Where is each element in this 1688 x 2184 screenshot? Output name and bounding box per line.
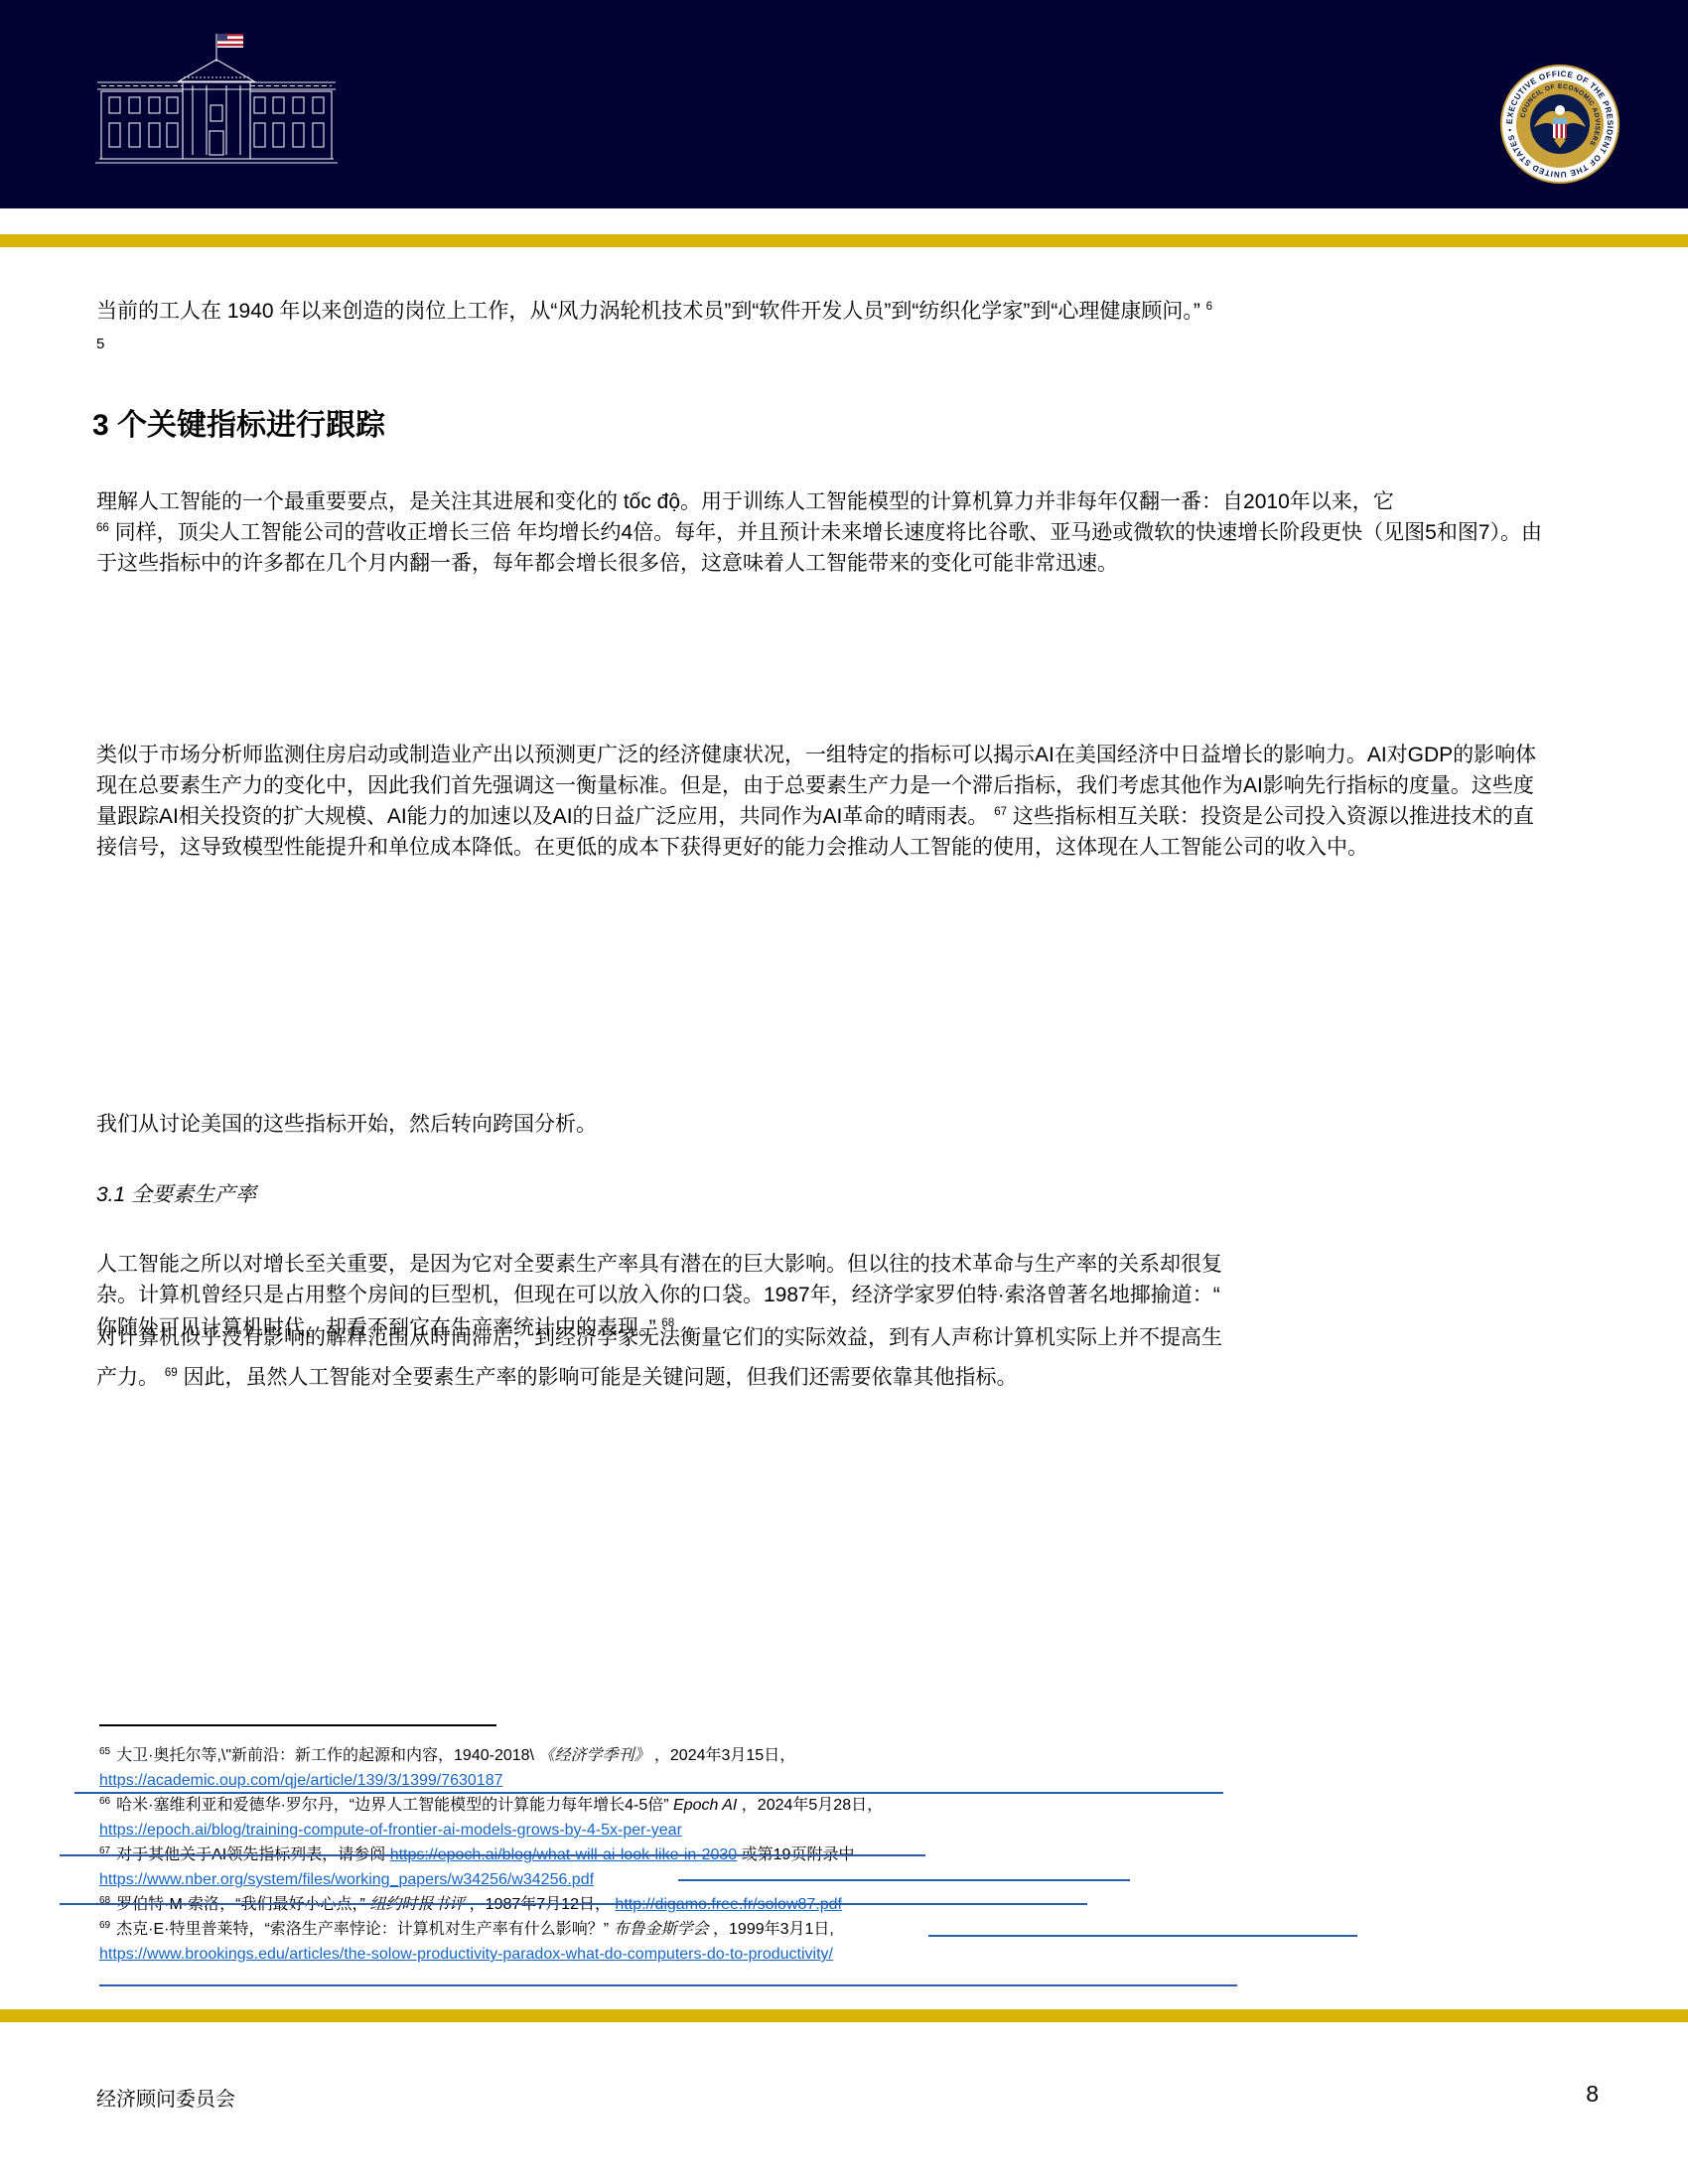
white-house-icon bbox=[87, 26, 346, 175]
gold-rule-top bbox=[0, 234, 1688, 247]
footnote-69: 69杰克·E·特里普莱特，“索洛生产率悖论：计算机对生产率有什么影响？” 布鲁金… bbox=[99, 1917, 1559, 1967]
text-run: 同样，顶尖人工智能公司的营收正增长三倍 年均增长约4倍。每年，并且预计未来增长速… bbox=[96, 521, 1542, 575]
footnote-text: 对于其他关于AI领先指标列表，请参阅 https://epoch.ai/blog… bbox=[99, 1846, 854, 1888]
artifact-line bbox=[60, 1854, 925, 1856]
hyperlink[interactable]: https://www.brookings.edu/articles/the-s… bbox=[99, 1946, 833, 1963]
text-run: ，1999年3月1日, bbox=[709, 1921, 834, 1938]
text-line: 产力。 69 因此，虽然人工智能对全要素生产率的影响可能是关键问题，但我们还需要… bbox=[96, 1362, 1546, 1393]
subsection-heading-tfp: 3.1 全要素生产率 bbox=[96, 1181, 256, 1209]
footnote-66: 66哈米·塞维利亚和爱德华·罗尔丹，“边界人工智能模型的计算能力每年增长4-5倍… bbox=[99, 1793, 1559, 1843]
text-run: 布鲁金斯学会 bbox=[614, 1921, 709, 1938]
footnote-separator-rule bbox=[99, 1724, 496, 1726]
section-heading: 3 个关键指标进行跟踪 bbox=[92, 407, 385, 445]
footnote-text: 哈米·塞维利亚和爱德华·罗尔丹，“边界人工智能模型的计算能力每年增长4-5倍” … bbox=[99, 1797, 883, 1839]
text-run: ，2024年5月28日， bbox=[737, 1797, 883, 1814]
hyperlink[interactable]: https://www.nber.org/system/files/workin… bbox=[99, 1871, 594, 1888]
page-number: 8 bbox=[1549, 2079, 1599, 2109]
paragraph-transition: 我们从讨论美国的这些指标开始，然后转向跨国分析。 bbox=[96, 1109, 1546, 1140]
text-line-overlap-bottom: 对计算机似乎没有影响的解释范围从时间滞后，到经济学家无法衡量它们的实际效益，到有… bbox=[96, 1322, 1222, 1353]
paragraph-indicators: 类似于市场分析师监测住房启动或制造业产出以预测更广泛的经济健康状况，一组特定的指… bbox=[96, 740, 1546, 863]
footnote-number: 66 bbox=[99, 1796, 110, 1807]
text-run: 当前的工人在 1940 年以来创造的岗位上工作，从“风力涡轮机技术员”到“软件开… bbox=[96, 300, 1206, 323]
text-run: ，2024年3月15日， bbox=[649, 1747, 795, 1764]
footnote-text: 杰克·E·特里普莱特，“索洛生产率悖论：计算机对生产率有什么影响？” 布鲁金斯学… bbox=[99, 1921, 834, 1963]
text-run: Epoch AI bbox=[673, 1797, 737, 1814]
footnote-65: 65大卫·奥托尔等,\"新前沿：新工作的起源和内容，1940-2018\ 《经济… bbox=[99, 1743, 1559, 1793]
text-run: 产力。 bbox=[96, 1366, 165, 1389]
hyperlink[interactable]: https://academic.oup.com/qje/article/139… bbox=[99, 1772, 503, 1789]
artifact-line bbox=[74, 1792, 1223, 1794]
text-run: 5 bbox=[96, 336, 104, 352]
footnote-number: 65 bbox=[99, 1746, 110, 1757]
text-line: 杂。计算机曾经只是占用整个房间的巨型机，但现在可以放入你的口袋。1987年，经济… bbox=[96, 1280, 1546, 1310]
text-run: 杰克·E·特里普莱特，“索洛生产率悖论：计算机对生产率有什么影响？” bbox=[116, 1921, 613, 1938]
document-page: { "colors": { "header_navy": "#030235", … bbox=[0, 0, 1688, 2184]
hyperlink[interactable]: https://epoch.ai/blog/training-compute-o… bbox=[99, 1822, 682, 1839]
text-run: 大卫·奥托尔等,\"新前沿：新工作的起源和内容，1940-2018\ bbox=[116, 1747, 538, 1764]
footnote-marker: 66 bbox=[96, 522, 109, 534]
paragraph-jobs-1940: 当前的工人在 1940 年以来创造的岗位上工作，从“风力涡轮机技术员”到“软件开… bbox=[96, 296, 1546, 359]
artifact-line bbox=[60, 1903, 1087, 1905]
cea-seal-icon: EXECUTIVE OFFICE OF THE PRESIDENT OF THE… bbox=[1499, 64, 1620, 185]
artifact-line bbox=[678, 1879, 1130, 1881]
footnote-marker: 67 bbox=[994, 806, 1007, 818]
gold-rule-bottom bbox=[0, 2009, 1688, 2022]
footnote-marker: 69 bbox=[165, 1367, 178, 1379]
overlapping-text-artifact: 你随处可见计算机时代，却看不到它在生产率统计中的表现。” 68 对计算机似乎没有… bbox=[96, 1310, 1546, 1362]
text-run: 理解人工智能的一个最重要要点，是关注其进展和变化的 tốc độ。用于训练人工智… bbox=[96, 490, 1394, 513]
page-header-band: EXECUTIVE OFFICE OF THE PRESIDENT OF THE… bbox=[0, 0, 1688, 208]
paragraph-compute-growth: 理解人工智能的一个最重要要点，是关注其进展和变化的 tốc độ。用于训练人工智… bbox=[96, 486, 1546, 579]
artifact-line bbox=[99, 1984, 1237, 1986]
text-run: 哈米·塞维利亚和爱德华·罗尔丹，“边界人工智能模型的计算能力每年增长4-5倍” bbox=[116, 1797, 673, 1814]
artifact-line bbox=[928, 1935, 1357, 1937]
footnote-marker: 6 bbox=[1206, 301, 1212, 313]
footnote-number: 69 bbox=[99, 1920, 110, 1931]
footnote-67: 67对于其他关于AI领先指标列表，请参阅 https://epoch.ai/bl… bbox=[99, 1843, 1559, 1892]
text-line: 人工智能之所以对增长至关重要，是因为它对全要素生产率具有潜在的巨大影响。但以往的… bbox=[96, 1249, 1546, 1280]
footnote-text: 大卫·奥托尔等,\"新前沿：新工作的起源和内容，1940-2018\ 《经济学季… bbox=[99, 1747, 795, 1789]
text-run: 因此，虽然人工智能对全要素生产率的影响可能是关键问题，但我们还需要依靠其他指标。 bbox=[178, 1366, 1018, 1389]
text-run: 《经济学季刊》 bbox=[538, 1747, 649, 1764]
footer-organization: 经济顾问委员会 bbox=[96, 2087, 235, 2113]
paragraph-solow-paradox: 人工智能之所以对增长至关重要，是因为它对全要素生产率具有潜在的巨大影响。但以往的… bbox=[96, 1249, 1546, 1393]
us-flag-icon bbox=[217, 34, 243, 48]
